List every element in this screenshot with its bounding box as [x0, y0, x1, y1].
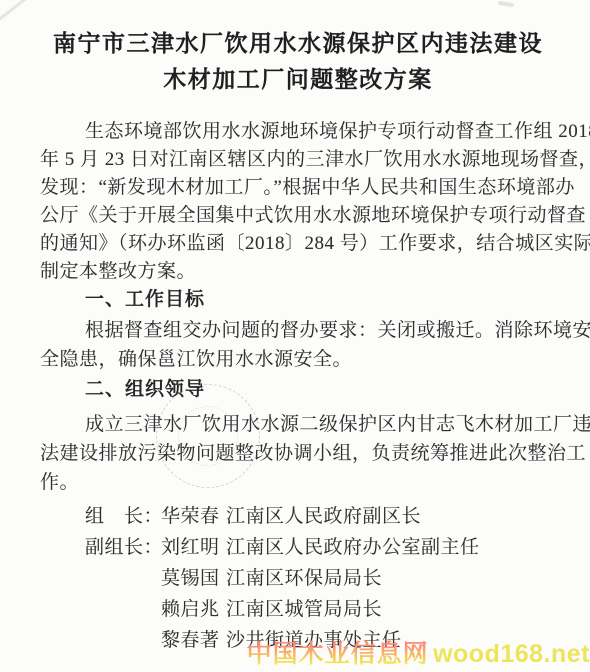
- paragraph-line: 的通知》（环办环监函〔2018〕284 号）工作要求，结合城区实际，: [40, 230, 556, 258]
- roster-row: 莫锡国 江南区环保局局长: [85, 564, 556, 594]
- roster-row: 赖启兆 江南区城管局局长: [85, 595, 556, 625]
- paragraph-line: 法建设排放污染物问题整改协调小组，负责统筹推进此次整治工: [40, 439, 556, 468]
- paragraph-line: 全隐患，确保邕江饮用水水源安全。: [40, 345, 556, 374]
- roster-name: 莫锡国: [161, 564, 226, 594]
- roster-name: 华荣春: [161, 502, 226, 532]
- paragraph-line: 发现：“新发现木材加工厂。”根据中华人民共和国生态环境部办: [40, 174, 556, 202]
- paragraph-line: 成立三津水厂饮用水水源二级保护区内甘志飞木材加工厂违: [40, 410, 556, 439]
- roster-role: [85, 564, 161, 594]
- roster-role: [85, 595, 161, 625]
- roster-title: 江南区人民政府办公室副主任: [226, 533, 480, 563]
- paragraph-line: 年 5 月 23 日对江南区辖区内的三津水厂饮用水水源地现场督查，: [40, 146, 556, 174]
- document-content: 南宁市三津水厂饮用水水源保护区内违法建设 木材加工厂问题整改方案 生态环境部饮用…: [0, 0, 590, 656]
- roster-name: 赖启兆: [161, 595, 226, 625]
- roster-name: 刘红明: [161, 533, 226, 563]
- roster-title: 江南区人民政府副区长: [226, 502, 421, 532]
- section-heading-2: 二、组织领导: [40, 376, 556, 404]
- document-title-line2: 木材加工厂问题整改方案: [40, 62, 556, 98]
- roster-row: 组 长： 华荣春 江南区人民政府副区长: [85, 502, 556, 532]
- organization-paragraph: 成立三津水厂饮用水水源二级保护区内甘志飞木材加工厂违 法建设排放污染物问题整改协…: [40, 410, 556, 497]
- roster-title: 江南区环保局局长: [226, 564, 382, 594]
- paragraph-line: 生态环境部饮用水水源地环境保护专项行动督查工作组 2018: [40, 118, 556, 146]
- roster-name: 黎春著: [161, 626, 226, 656]
- site-watermark-chinese: 中国木业信息网: [247, 640, 429, 668]
- roster-role: 组 长：: [85, 502, 161, 532]
- paragraph-line: 根据督查组交办问题的督办要求：关闭或搬迁。消除环境安: [40, 316, 556, 345]
- work-target-paragraph: 根据督查组交办问题的督办要求：关闭或搬迁。消除环境安 全隐患，确保邕江饮用水水源…: [40, 316, 556, 374]
- roster-row: 副组长： 刘红明 江南区人民政府办公室副主任: [85, 533, 556, 563]
- section-heading-1: 一、工作目标: [40, 286, 556, 314]
- paragraph-line: 公厅《关于开展全国集中式饮用水水源地环境保护专项行动督查: [40, 202, 556, 230]
- scanned-document-page: 、 南宁市三津水厂饮用水水源保护区内违法建设 木材加工厂问题整改方案 生态环境部…: [0, 0, 590, 672]
- paragraph-line: 制定本整改方案。: [40, 258, 556, 286]
- site-watermark: 中国木业信息网 wood168.net: [247, 634, 590, 670]
- document-title-line1: 南宁市三津水厂饮用水水源保护区内违法建设: [40, 26, 556, 62]
- paragraph-line: 作。: [40, 468, 556, 497]
- roster-role: [85, 626, 161, 656]
- site-watermark-url: wood168.net: [433, 640, 590, 668]
- leadership-roster: 组 长： 华荣春 江南区人民政府副区长 副组长： 刘红明 江南区人民政府办公室副…: [40, 502, 556, 656]
- roster-title: 江南区城管局局长: [226, 595, 382, 625]
- document-title: 南宁市三津水厂饮用水水源保护区内违法建设 木材加工厂问题整改方案: [40, 26, 556, 98]
- intro-paragraph: 生态环境部饮用水水源地环境保护专项行动督查工作组 2018 年 5 月 23 日…: [40, 118, 556, 286]
- roster-role: 副组长：: [85, 533, 161, 563]
